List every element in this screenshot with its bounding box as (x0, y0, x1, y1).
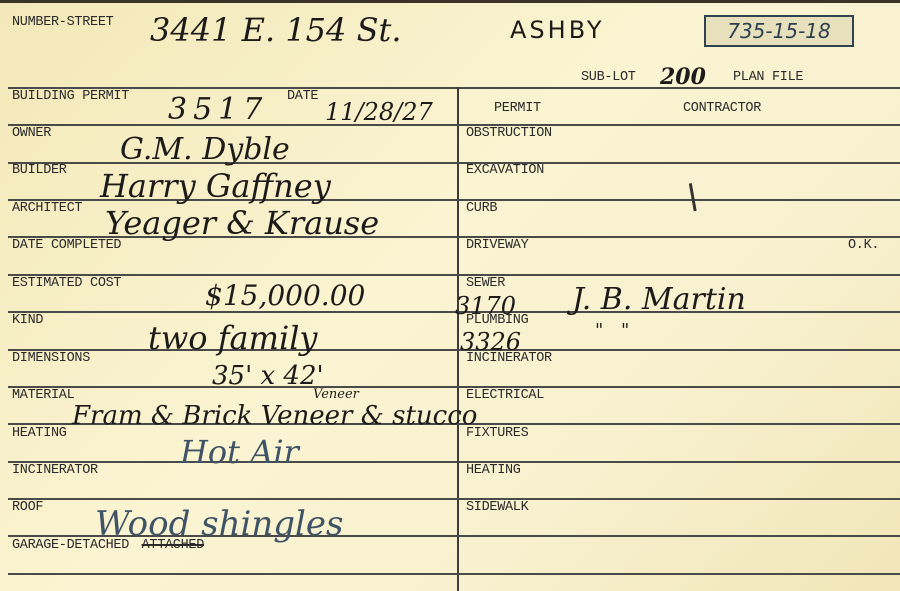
right-field-label: OBSTRUCTION (466, 127, 552, 141)
building-permit-value: 3517 (168, 95, 268, 125)
left-field-label: ESTIMATED COST (12, 277, 121, 291)
material-value: Fram & Brick Veneer & stucco (72, 403, 477, 429)
number-street-value: 3441 E. 154 St. (150, 14, 402, 46)
number-street-label: NUMBER-STREET (12, 16, 113, 30)
right-field-label: SEWER (466, 277, 505, 291)
left-field-label: KIND (12, 314, 43, 328)
card-top-edge (0, 0, 900, 3)
kind-value: two family (148, 322, 318, 354)
left-field-label: OWNER (12, 127, 51, 141)
left-field-label: ARCHITECT (12, 202, 82, 216)
row-divider (8, 349, 900, 351)
date-label: DATE (287, 90, 318, 104)
date-value: 11/28/27 (325, 100, 433, 124)
right-field-label: CURB (466, 202, 497, 216)
estimated-cost-value: $15,000.00 (205, 282, 365, 310)
right-field-label: HEATING (466, 464, 521, 478)
right-field-label: ELECTRICAL (466, 389, 544, 403)
plan-file-label: PLAN FILE (733, 71, 803, 85)
permit-column-header: PERMIT (494, 102, 541, 116)
right-field-label: EXCAVATION (466, 164, 544, 178)
left-field-label: INCINERATOR (12, 464, 98, 478)
left-field-label: ROOF (12, 501, 43, 515)
row-divider (8, 386, 900, 388)
left-field-label: BUILDER (12, 164, 67, 178)
sewer-contractor-value: J. B. Martin (572, 285, 746, 315)
row-divider (8, 498, 900, 500)
architect-value: Yeager & Krause (105, 207, 379, 239)
sewer-permit-value: 3170 (455, 294, 516, 318)
row-divider (8, 573, 900, 575)
row-divider (8, 274, 900, 276)
checkmark-icon: ǀ (685, 177, 700, 213)
contractor-column-header: CONTRACTOR (683, 102, 761, 116)
file-number-stamp: 735-15-18 (704, 15, 854, 47)
heating-value: Hot Air (180, 436, 299, 468)
subdivision-value: ASHBY (510, 18, 605, 42)
sublot-value: 200 (660, 66, 706, 88)
builder-value: Harry Gaffney (100, 170, 331, 202)
owner-value: G.M. Dyble (120, 135, 290, 165)
dimensions-value: 35' x 42' (212, 363, 324, 389)
row-divider (8, 124, 900, 126)
plumbing-permit-value: 3326 (460, 330, 521, 354)
row-divider (8, 311, 900, 313)
left-field-label: DIMENSIONS (12, 352, 90, 366)
permit-card: NUMBER-STREET 3441 E. 154 St. ASHBY 735-… (0, 0, 900, 591)
plumbing-contractor-value: " " (595, 322, 635, 340)
right-field-label: DRIVEWAY (466, 239, 528, 253)
material-annotation: Veneer (313, 388, 359, 401)
left-field-label: HEATING (12, 427, 67, 441)
sublot-label: SUB-LOT (581, 71, 636, 85)
row-divider (8, 87, 900, 89)
right-field-label: SIDEWALK (466, 501, 528, 515)
row-divider (8, 461, 900, 463)
building-permit-label: BUILDING PERMIT (12, 90, 129, 104)
roof-value: Wood shingles (95, 507, 343, 541)
driveway-status: O.K. (848, 239, 879, 253)
left-field-label: MATERIAL (12, 389, 74, 403)
